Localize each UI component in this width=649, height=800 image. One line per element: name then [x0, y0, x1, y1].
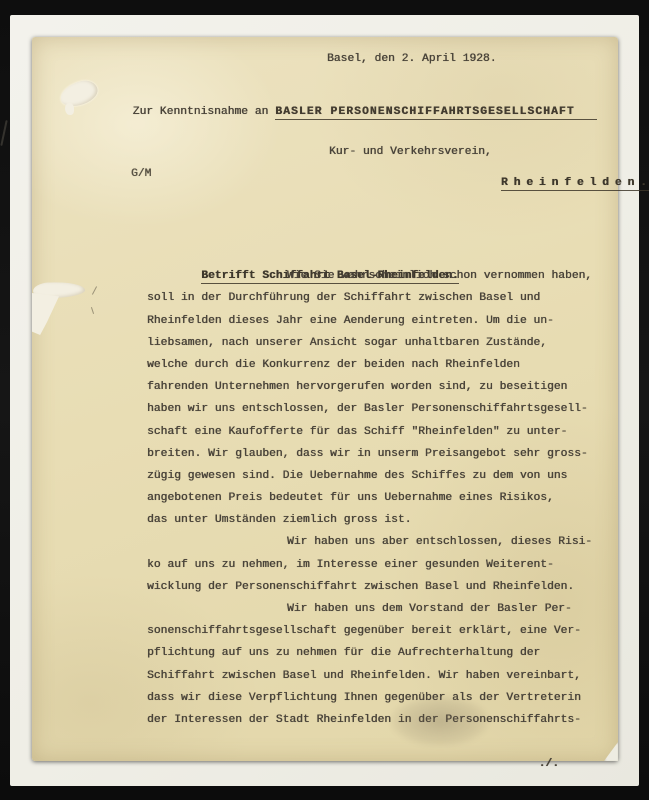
reference-initials: G/M [131, 168, 151, 180]
pencil-mark [92, 286, 97, 294]
addressee-city-text: Rheinfelden. [501, 177, 649, 191]
body-line: dass wir diese Verpflichtung Ihnen gegen… [147, 687, 599, 709]
distribution-prefix: Zur Kenntnisnahme an [133, 106, 269, 118]
addressee-org: Kur- und Verkehrsverein, [329, 146, 492, 158]
body-line: Schiffahrt zwischen Basel und Rheinfelde… [147, 665, 599, 687]
body-line: zügig gewesen sind. Die Uebernahme des S… [147, 465, 599, 487]
date-line: Basel, den 2. April 1928. [327, 53, 496, 65]
subject-line: Betrifft Schiffahrt Basel-Rheinfelden. [147, 243, 599, 265]
body-line: angebotenen Preis bedeutet für uns Ueber… [147, 487, 599, 509]
page-corner-tear [604, 742, 618, 761]
distribution-line: Zur Kenntnisnahme anBASLER PERSONENSCHIF… [92, 94, 597, 130]
damage-spot [65, 103, 74, 115]
addressee-city: Rheinfelden. [425, 165, 649, 201]
letter-body: Betrifft Schiffahrt Basel-Rheinfelden. W… [147, 243, 599, 753]
body-line: wicklung der Personenschiffahrt zwischen… [147, 576, 599, 598]
damage-spot [32, 293, 59, 335]
body-line: soll in der Durchführung der Schiffahrt … [147, 287, 599, 309]
body-line: fahrenden Unternehmen hervorgerufen word… [147, 376, 599, 398]
ink-smudge [390, 695, 490, 747]
frame-scratch [0, 120, 7, 146]
body-line: ko auf uns zu nehmen, im Interesse einer… [147, 554, 599, 576]
body-line: liebsamen, nach unserer Ansicht sogar un… [147, 332, 599, 354]
body-line: haben wir uns entschlossen, der Basler P… [147, 398, 599, 420]
body-line: pflichtung auf uns zu nehmen für die Auf… [147, 642, 599, 664]
body-line: das unter Umständen ziemlich gross ist. [147, 509, 599, 531]
body-line: welche durch die Konkurrenz der beiden n… [147, 354, 599, 376]
body-lines: Wie Sie wahrscheinlich schon vernommen h… [147, 265, 599, 731]
scan-frame: Basel, den 2. April 1928. Zur Kenntnisna… [0, 0, 649, 800]
body-line: der Interessen der Stadt Rheinfelden in … [147, 709, 599, 731]
body-line: Wir haben uns aber entschlossen, dieses … [147, 531, 599, 553]
continuation-mark: ./. [539, 758, 559, 770]
body-line: schaft eine Kaufofferte für das Schiff "… [147, 421, 599, 443]
body-line: Rheinfelden dieses Jahr eine Aenderung e… [147, 310, 599, 332]
pencil-mark [91, 307, 94, 314]
body-line: sonenschiffahrtsgesellschaft gegenüber b… [147, 620, 599, 642]
recipient-name: BASLER PERSONENSCHIFFAHRTSGESELLSCHAFT [275, 106, 596, 120]
body-line: Wir haben uns dem Vorstand der Basler Pe… [147, 598, 599, 620]
continuation-line: ./. [147, 731, 599, 753]
body-line: breiten. Wir glauben, dass wir in unserm… [147, 443, 599, 465]
letter-page: Basel, den 2. April 1928. Zur Kenntnisna… [32, 37, 618, 761]
